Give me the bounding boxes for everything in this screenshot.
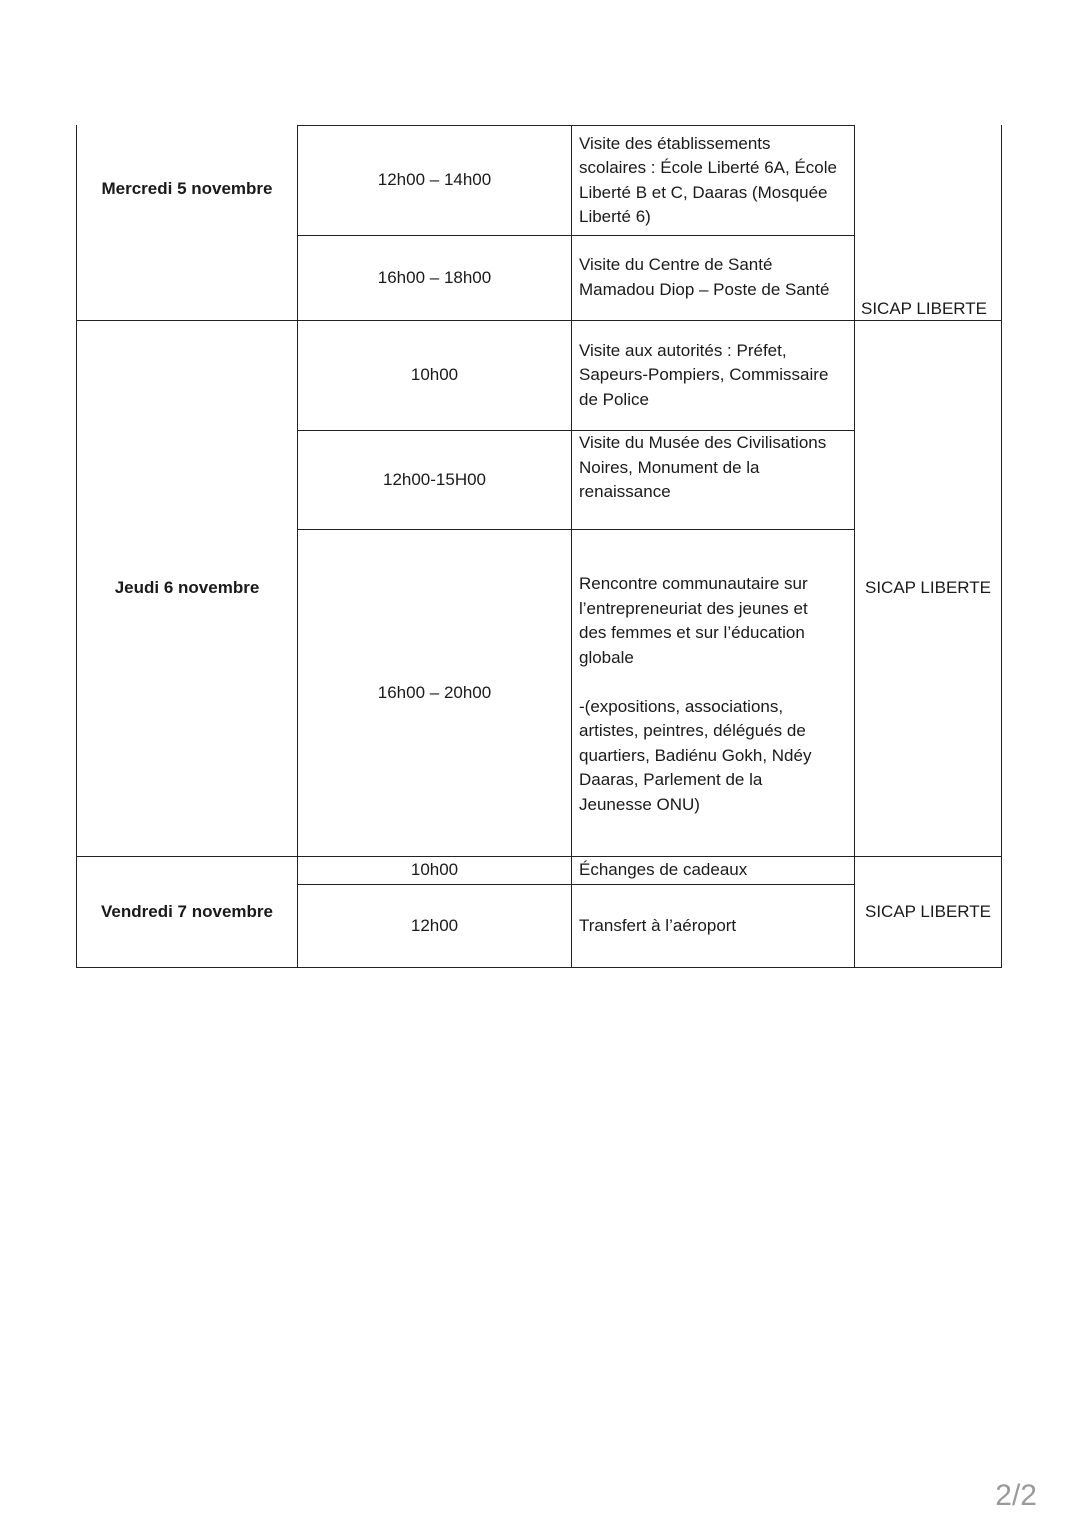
day-label: Vendredi 7 novembre: [77, 857, 297, 967]
day-label: Mercredi 5 novembre: [77, 125, 297, 253]
table-border-right: [1001, 125, 1002, 968]
activity-cell: Visite du Musée des Civilisations Noires…: [572, 431, 854, 529]
time-cell: 10h00: [298, 321, 571, 430]
time-cell: 16h00 – 18h00: [298, 236, 571, 320]
time-cell: 16h00 – 20h00: [298, 530, 571, 856]
activity-cell: Visite du Centre de Santé Mamadou Diop –…: [572, 236, 854, 320]
activity-cell: Visite des établissements scolaires : Éc…: [572, 126, 854, 235]
activity-cell: Rencontre communautaire sur l’entreprene…: [572, 530, 854, 856]
time-cell: 12h00-15H00: [298, 431, 571, 529]
table-border-bottom: [76, 967, 1002, 968]
day-label: Jeudi 6 novembre: [77, 321, 297, 856]
time-cell: 12h00 – 14h00: [298, 126, 571, 235]
activity-cell: Transfert à l’aéroport: [572, 885, 854, 967]
page-number: 2/2: [995, 1479, 1037, 1513]
location-cell: SICAP LIBERTE: [855, 321, 1001, 856]
activity-cell: Échanges de cadeaux: [572, 857, 854, 884]
location-cell: SICAP LIBERTE: [855, 857, 1001, 967]
time-cell: 12h00: [298, 885, 571, 967]
location-cell: SICAP LIBERTE: [861, 297, 1001, 321]
activity-cell: Visite aux autorités : Préfet, Sapeurs-P…: [572, 321, 854, 430]
time-cell: 10h00: [298, 857, 571, 884]
